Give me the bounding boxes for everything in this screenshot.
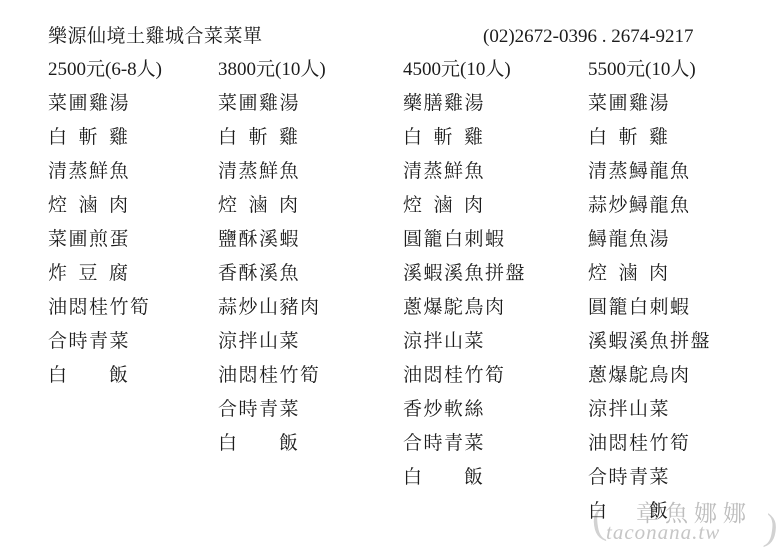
menu-item: 涼拌山菜	[588, 393, 758, 427]
menu-item: 清蒸鮮魚	[218, 155, 388, 189]
menu-item: 蒜炒鱘龍魚	[588, 189, 758, 223]
watermark-paren-right: )	[762, 505, 780, 550]
menu-item: 清蒸鱘龍魚	[588, 155, 758, 189]
menu-item: 鹽酥溪蝦	[218, 223, 388, 257]
price-header: 2500元(6-8人)	[48, 53, 218, 87]
menu-item-list: 菜圃雞湯白斬雞清蒸鮮魚焢滷肉鹽酥溪蝦香酥溪魚蒜炒山豬肉涼拌山菜油悶桂竹筍合時青菜…	[218, 87, 388, 461]
menu-item: 白飯	[588, 495, 668, 529]
scanned-menu-page: { "header": { "title": "樂源仙境土雞城合菜菜單", "p…	[0, 0, 780, 551]
menu-item: 白飯	[403, 461, 483, 495]
menu-item: 合時青菜	[403, 427, 573, 461]
menu-item: 香酥溪魚	[218, 257, 388, 291]
menu-item: 溪蝦溪魚拼盤	[403, 257, 573, 291]
menu-item: 白斬雞	[588, 121, 668, 155]
menu-item: 清蒸鮮魚	[48, 155, 218, 189]
menu-item: 蔥爆鴕鳥肉	[588, 359, 758, 393]
menu-item: 香炒軟絲	[403, 393, 573, 427]
menu-item: 涼拌山菜	[403, 325, 573, 359]
menu-item: 焢滷肉	[218, 189, 298, 223]
menu-item: 合時青菜	[218, 393, 388, 427]
menu-item: 合時青菜	[48, 325, 218, 359]
menu-item: 油悶桂竹筍	[48, 291, 218, 325]
menu-item: 涼拌山菜	[218, 325, 388, 359]
menu-item: 溪蝦溪魚拼盤	[588, 325, 758, 359]
menu-item: 炸豆腐	[48, 257, 128, 291]
menu-column-3800: 3800元(10人) 菜圃雞湯白斬雞清蒸鮮魚焢滷肉鹽酥溪蝦香酥溪魚蒜炒山豬肉涼拌…	[218, 53, 388, 461]
page-title: 樂源仙境土雞城合菜菜單	[48, 25, 263, 49]
menu-item: 焢滷肉	[48, 189, 128, 223]
menu-item: 油悶桂竹筍	[218, 359, 388, 393]
menu-column-4500: 4500元(10人) 藥膳雞湯白斬雞清蒸鮮魚焢滷肉圓籠白刺蝦溪蝦溪魚拼盤蔥爆鴕鳥…	[403, 53, 573, 495]
menu-item: 焢滷肉	[403, 189, 483, 223]
phone-number: (02)2672-0396 . 2674-9217	[483, 25, 694, 49]
menu-item: 油悶桂竹筍	[588, 427, 758, 461]
menu-item: 圓籠白刺蝦	[588, 291, 758, 325]
menu-item-list: 菜圃雞湯白斬雞清蒸鱘龍魚蒜炒鱘龍魚鱘龍魚湯焢滷肉圓籠白刺蝦溪蝦溪魚拼盤蔥爆鴕鳥肉…	[588, 87, 758, 529]
menu-item: 白飯	[218, 427, 298, 461]
menu-item: 白斬雞	[403, 121, 483, 155]
menu-item: 蒜炒山豬肉	[218, 291, 388, 325]
price-header: 3800元(10人)	[218, 53, 388, 87]
menu-item-list: 藥膳雞湯白斬雞清蒸鮮魚焢滷肉圓籠白刺蝦溪蝦溪魚拼盤蔥爆鴕鳥肉涼拌山菜油悶桂竹筍香…	[403, 87, 573, 495]
menu-item: 菜圃煎蛋	[48, 223, 218, 257]
menu-item-list: 菜圃雞湯白斬雞清蒸鮮魚焢滷肉菜圃煎蛋炸豆腐油悶桂竹筍合時青菜白飯	[48, 87, 218, 393]
menu-column-5500: 5500元(10人) 菜圃雞湯白斬雞清蒸鱘龍魚蒜炒鱘龍魚鱘龍魚湯焢滷肉圓籠白刺蝦…	[588, 53, 758, 529]
menu-item: 白斬雞	[218, 121, 298, 155]
menu-item: 白斬雞	[48, 121, 128, 155]
menu-item: 清蒸鮮魚	[403, 155, 573, 189]
menu-item: 藥膳雞湯	[403, 87, 573, 121]
menu-item: 合時青菜	[588, 461, 758, 495]
menu-item: 蔥爆鴕鳥肉	[403, 291, 573, 325]
menu-item: 菜圃雞湯	[588, 87, 758, 121]
menu-item: 鱘龍魚湯	[588, 223, 758, 257]
menu-item: 白飯	[48, 359, 128, 393]
menu-column-2500: 2500元(6-8人) 菜圃雞湯白斬雞清蒸鮮魚焢滷肉菜圃煎蛋炸豆腐油悶桂竹筍合時…	[48, 53, 218, 393]
menu-item: 油悶桂竹筍	[403, 359, 573, 393]
menu-item: 圓籠白刺蝦	[403, 223, 573, 257]
price-header: 5500元(10人)	[588, 53, 758, 87]
price-header: 4500元(10人)	[403, 53, 573, 87]
menu-item: 菜圃雞湯	[218, 87, 388, 121]
menu-item: 焢滷肉	[588, 257, 668, 291]
menu-item: 菜圃雞湯	[48, 87, 218, 121]
